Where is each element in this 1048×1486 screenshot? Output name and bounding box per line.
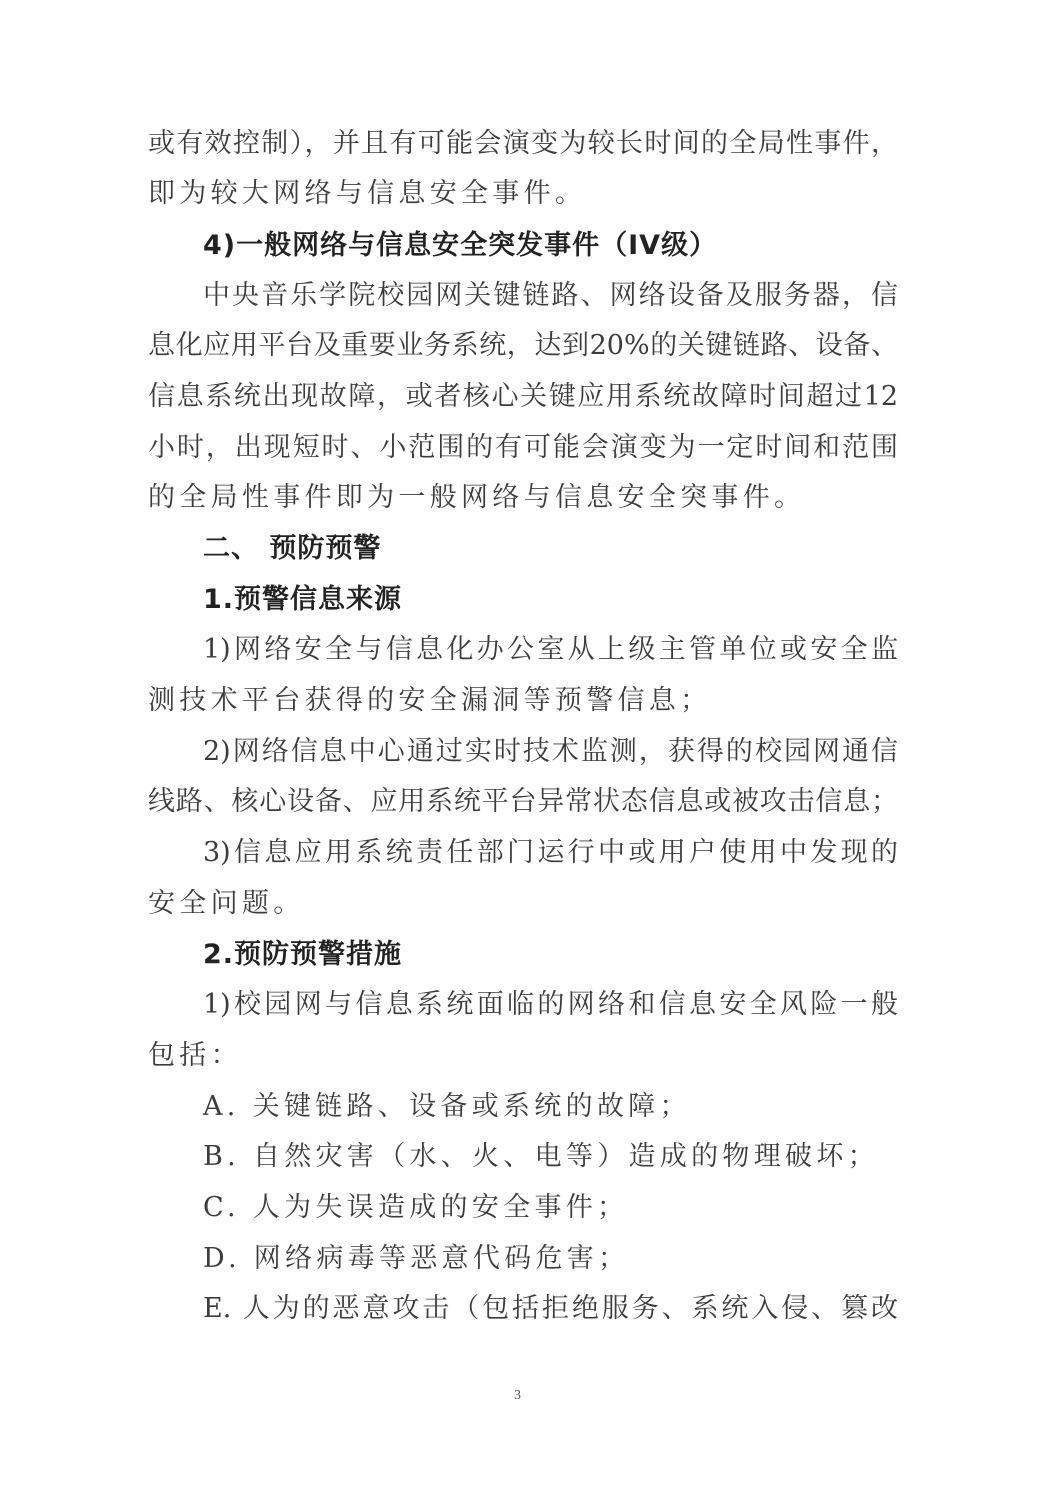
body-line: 测技术平台获得的安全漏洞等预警信息； [148,684,898,718]
subsection-heading: 1.预警信息来源 [203,583,898,617]
page-number: 3 [514,1388,521,1404]
document-page: 或有效控制），并且有可能会演变为较长时间的全局性事件， 即为较大网络与信息安全事… [0,0,1048,1486]
list-item: E. 人为的恶意攻击（包括拒绝服务、系统入侵、篡改 [203,1292,898,1326]
list-item: A. 关键链路、设备或系统的故障； [203,1090,898,1124]
list-item: B. 自然灾害（水、火、电等）造成的物理破坏； [203,1140,898,1174]
section-heading: 二、 预防预警 [203,532,898,566]
body-line: 或有效控制），并且有可能会演变为较长时间的全局性事件， [148,127,898,161]
list-item: D. 网络病毒等恶意代码危害； [203,1242,898,1276]
body-line: 包括： [148,1039,898,1073]
body-line: 1)网络安全与信息化办公室从上级主管单位或安全监 [203,633,898,667]
body-line: 线路、核心设备、应用系统平台异常状态信息或被攻击信息； [148,785,898,819]
body-line: 即为较大网络与信息安全事件。 [148,177,898,211]
list-item: C. 人为失误造成的安全事件； [203,1191,898,1225]
body-line: 2)网络信息中心通过实时技术监测，获得的校园网通信 [203,735,898,769]
body-line: 信息系统出现故障，或者核心关键应用系统故障时间超过12 [148,380,898,414]
subsection-heading: 2.预防预警措施 [203,938,898,972]
section-heading: 4)一般网络与信息安全突发事件（IV级） [203,229,898,263]
body-line: 1)校园网与信息系统面临的网络和信息安全风险一般 [203,988,898,1022]
body-line: 小时，出现短时、小范围的有可能会演变为一定时间和范围 [148,431,898,465]
body-line: 安全问题。 [148,887,898,921]
body-line: 3)信息应用系统责任部门运行中或用户使用中发现的 [203,836,898,870]
body-line: 的全局性事件即为一般网络与信息安全突事件。 [148,481,898,515]
body-line: 中央音乐学院校园网关键链路、网络设备及服务器，信 [203,279,898,313]
body-line: 息化应用平台及重要业务系统，达到20%的关键链路、设备、 [148,329,898,363]
